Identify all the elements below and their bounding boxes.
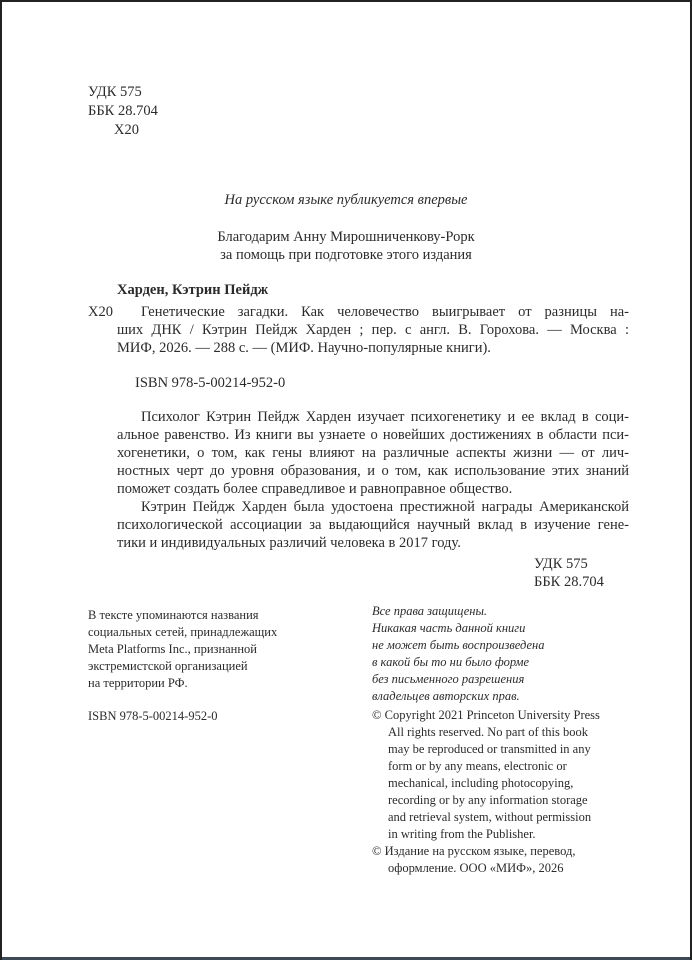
annotation-line: поможет создать более справедливое и рав… [117,480,629,498]
rights-line: в какой бы то ни было форме [372,654,544,671]
annotation-line: Кэтрин Пейдж Харден была удостоена прест… [117,498,629,516]
copyright-line: recording or by any information storage [372,792,600,809]
udk-code: УДК 575 [88,83,158,102]
bbk-code-bottom: ББК 28.704 [534,573,604,591]
bibliographic-description: Генетические загадки. Как человечество в… [117,303,629,357]
copyright-line: form or by any means, electronic or [372,758,600,775]
copyright-line: All rights reserved. No part of this boo… [372,724,600,741]
copyright-line: оформление. ООО «МИФ», 2026 [372,860,600,877]
annotation-line: Психолог Кэтрин Пейдж Харден изучает пси… [117,408,629,426]
rights-reserved-ru: Все права защищены. Никакая часть данной… [372,603,544,705]
annotation-line: тики и индивидуальных различий человека … [117,534,629,552]
copyright-line: © Издание на русском языке, перевод, [372,843,600,860]
classification-codes-bottom: УДК 575 ББК 28.704 [534,555,604,591]
book-imprint-page: УДК 575 ББК 28.704 Х20 На русском языке … [2,2,690,960]
first-publication-note: На русском языке публикуется впервые [2,191,690,209]
legal-notice: В тексте упоминаются названия социальных… [88,607,277,692]
copyright-line: may be reproduced or transmitted in any [372,741,600,758]
rights-line: владельцев авторских прав. [372,688,544,705]
biblio-author-mark: Х20 [88,303,113,321]
author-mark: Х20 [88,121,158,140]
rights-line: Никакая часть данной книги [372,620,544,637]
isbn: ISBN 978-5-00214-952-0 [135,374,285,392]
author-heading: Харден, Кэтрин Пейдж [117,281,268,299]
annotation-line: психологической ассоциации за выдающийся… [117,516,629,534]
rights-line: без письменного разрешения [372,671,544,688]
classification-codes-top: УДК 575 ББК 28.704 Х20 [88,83,158,140]
copyright-line: and retrieval system, without permission [372,809,600,826]
biblio-line: МИФ, 2026. — 288 с. — (МИФ. Научно-попул… [117,339,629,357]
legal-notice-line: Meta Platforms Inc., признанной [88,641,277,658]
acknowledgement: Благодарим Анну Мирошниченкову-Рорк за п… [2,228,690,264]
rights-line: Все права защищены. [372,603,544,620]
annotation-line: хогенетики, о том, как гены влияют на ра… [117,444,629,462]
rights-line: не может быть воспроизведена [372,637,544,654]
udk-code-bottom: УДК 575 [534,555,604,573]
annotation-line: ностных черт до уровня образования, и о … [117,462,629,480]
copyright-line: mechanical, including photocopying, [372,775,600,792]
acknowledgement-line-1: Благодарим Анну Мирошниченкову-Рорк [2,228,690,246]
copyright-line: © Copyright 2021 Princeton University Pr… [372,707,600,724]
annotation-line: альное равенство. Из книги вы узнаете о … [117,426,629,444]
biblio-line: Генетические загадки. Как человечество в… [117,303,629,321]
copyright-original: © Copyright 2021 Princeton University Pr… [372,707,600,877]
isbn-bottom: ISBN 978-5-00214-952-0 [88,708,218,725]
biblio-line: ших ДНК / Кэтрин Пейдж Харден ; пер. с а… [117,321,629,339]
legal-notice-line: социальных сетей, принадлежащих [88,624,277,641]
copyright-line: in writing from the Publisher. [372,826,600,843]
legal-notice-line: экстремистской организацией [88,658,277,675]
acknowledgement-line-2: за помощь при подготовке этого издания [2,246,690,264]
annotation: Психолог Кэтрин Пейдж Харден изучает пси… [117,408,629,552]
bbk-code: ББК 28.704 [88,102,158,121]
legal-notice-line: В тексте упоминаются названия [88,607,277,624]
legal-notice-line: на территории РФ. [88,675,277,692]
